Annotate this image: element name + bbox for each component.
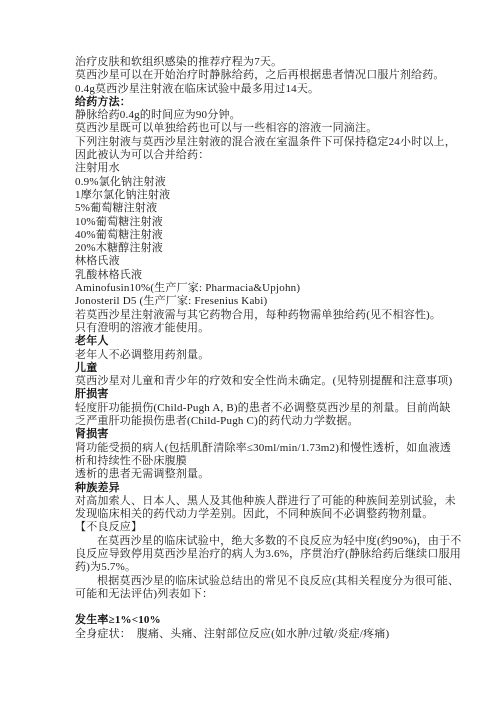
section-heading: 种族差异 [75, 482, 435, 495]
text-line: 在莫西沙星的临床试验中，绝大多数的不良反应为轻中度(约90%)，由于不 [75, 535, 435, 548]
text-line: 良反应导致停用莫西沙星治疗的病人为3.6%，序贯治疗(静脉给药后继续口服用 [75, 548, 435, 561]
document-content: 治疗皮肤和软组织感染的推荐疗程为7天。莫西沙星可以在开始治疗时静脉给药，之后再根… [75, 56, 435, 641]
text-line: 下列注射液与莫西沙星注射液的混合液在室温条件下可保持稳定24小时以上， [75, 136, 435, 149]
section-heading: 老年人 [75, 335, 435, 348]
text-line: 乏严重肝功能损伤患者(Child-Pugh C)的药代动力学数据。 [75, 415, 435, 428]
text-line: 【不良反应】 [75, 521, 435, 534]
section-heading: 儿童 [75, 362, 435, 375]
text-line: 析和持续性不卧床腹膜 [75, 455, 435, 468]
text-line: 静脉给药0.4g的时间应为90分钟。 [75, 109, 435, 122]
text-line: 乳酸林格氏液 [75, 269, 435, 282]
text-line: 40%葡萄糖注射液 [75, 229, 435, 242]
section-heading: 肾损害 [75, 428, 435, 441]
section-heading: 给药方法： [75, 96, 435, 109]
text-line: 若莫西沙星注射液需与其它药物合用，每种药物需单独给药(见不相容性)。 [75, 309, 435, 322]
text-line: 发现临床相关的药代动力学差别。因此，不同种族间不必调整药物剂量。 [75, 508, 435, 521]
text-line: 1摩尔氯化钠注射液 [75, 189, 435, 202]
text-line: 治疗皮肤和软组织感染的推荐疗程为7天。 [75, 56, 435, 69]
text-line: 只有澄明的溶液才能使用。 [75, 322, 435, 335]
text-line: 全身症状： 腹痛、头痛、注射部位反应(如水肿/过敏/炎症/疼痛) [75, 628, 435, 641]
document-page: 治疗皮肤和软组织感染的推荐疗程为7天。莫西沙星可以在开始治疗时静脉给药，之后再根… [0, 0, 500, 707]
text-line: 肾功能受损的病人(包括肌酐清除率≤30ml/min/1.73m2)和慢性透析，如… [75, 442, 435, 455]
text-line: 透析的患者无需调整剂量。 [75, 468, 435, 481]
text-line: 莫西沙星可以在开始治疗时静脉给药，之后再根据患者情况口服片剂给药。 [75, 69, 435, 82]
blank-line [75, 601, 435, 614]
text-line: 0.4g莫西沙星注射液在临床试验中最多用过14天。 [75, 83, 435, 96]
text-line: Aminofusin10%(生产厂家: Pharmacia&Upjohn) [75, 282, 435, 295]
text-line: 因此被认为可以合并给药： [75, 149, 435, 162]
text-line: 注射用水 [75, 162, 435, 175]
text-line: 莫西沙星对儿童和青少年的疗效和安全性尚未确定。(见特别提醒和注意事项) [75, 375, 435, 388]
text-line: 对高加索人、日本人、黑人及其他种族人群进行了可能的种族间差别试验，未 [75, 495, 435, 508]
text-line: 轻度肝功能损伤(Child-Pugh A, B)的患者不必调整莫西沙星的剂量。目… [75, 402, 435, 415]
text-line: 药)为5.7%。 [75, 561, 435, 574]
text-line: 0.9%氯化钠注射液 [75, 176, 435, 189]
section-heading: 肝损害 [75, 388, 435, 401]
text-line: 10%葡萄糖注射液 [75, 216, 435, 229]
text-line: 根据莫西沙星的临床试验总结出的常见不良反应(其相关程度分为很可能、 [75, 575, 435, 588]
text-line: 可能和无法评估)列表如下： [75, 588, 435, 601]
text-line: Jonosteril D5 (生产厂家: Fresenius Kabi) [75, 295, 435, 308]
text-line: 老年人不必调整用药剂量。 [75, 349, 435, 362]
text-line: 5%葡萄糖注射液 [75, 202, 435, 215]
text-line: 莫西沙星既可以单独给药也可以与一些相容的溶液一同滴注。 [75, 122, 435, 135]
text-line: 20%木糖醇注射液 [75, 242, 435, 255]
section-heading: 发生率≥1%<10% [75, 614, 435, 627]
text-line: 林格氏液 [75, 255, 435, 268]
